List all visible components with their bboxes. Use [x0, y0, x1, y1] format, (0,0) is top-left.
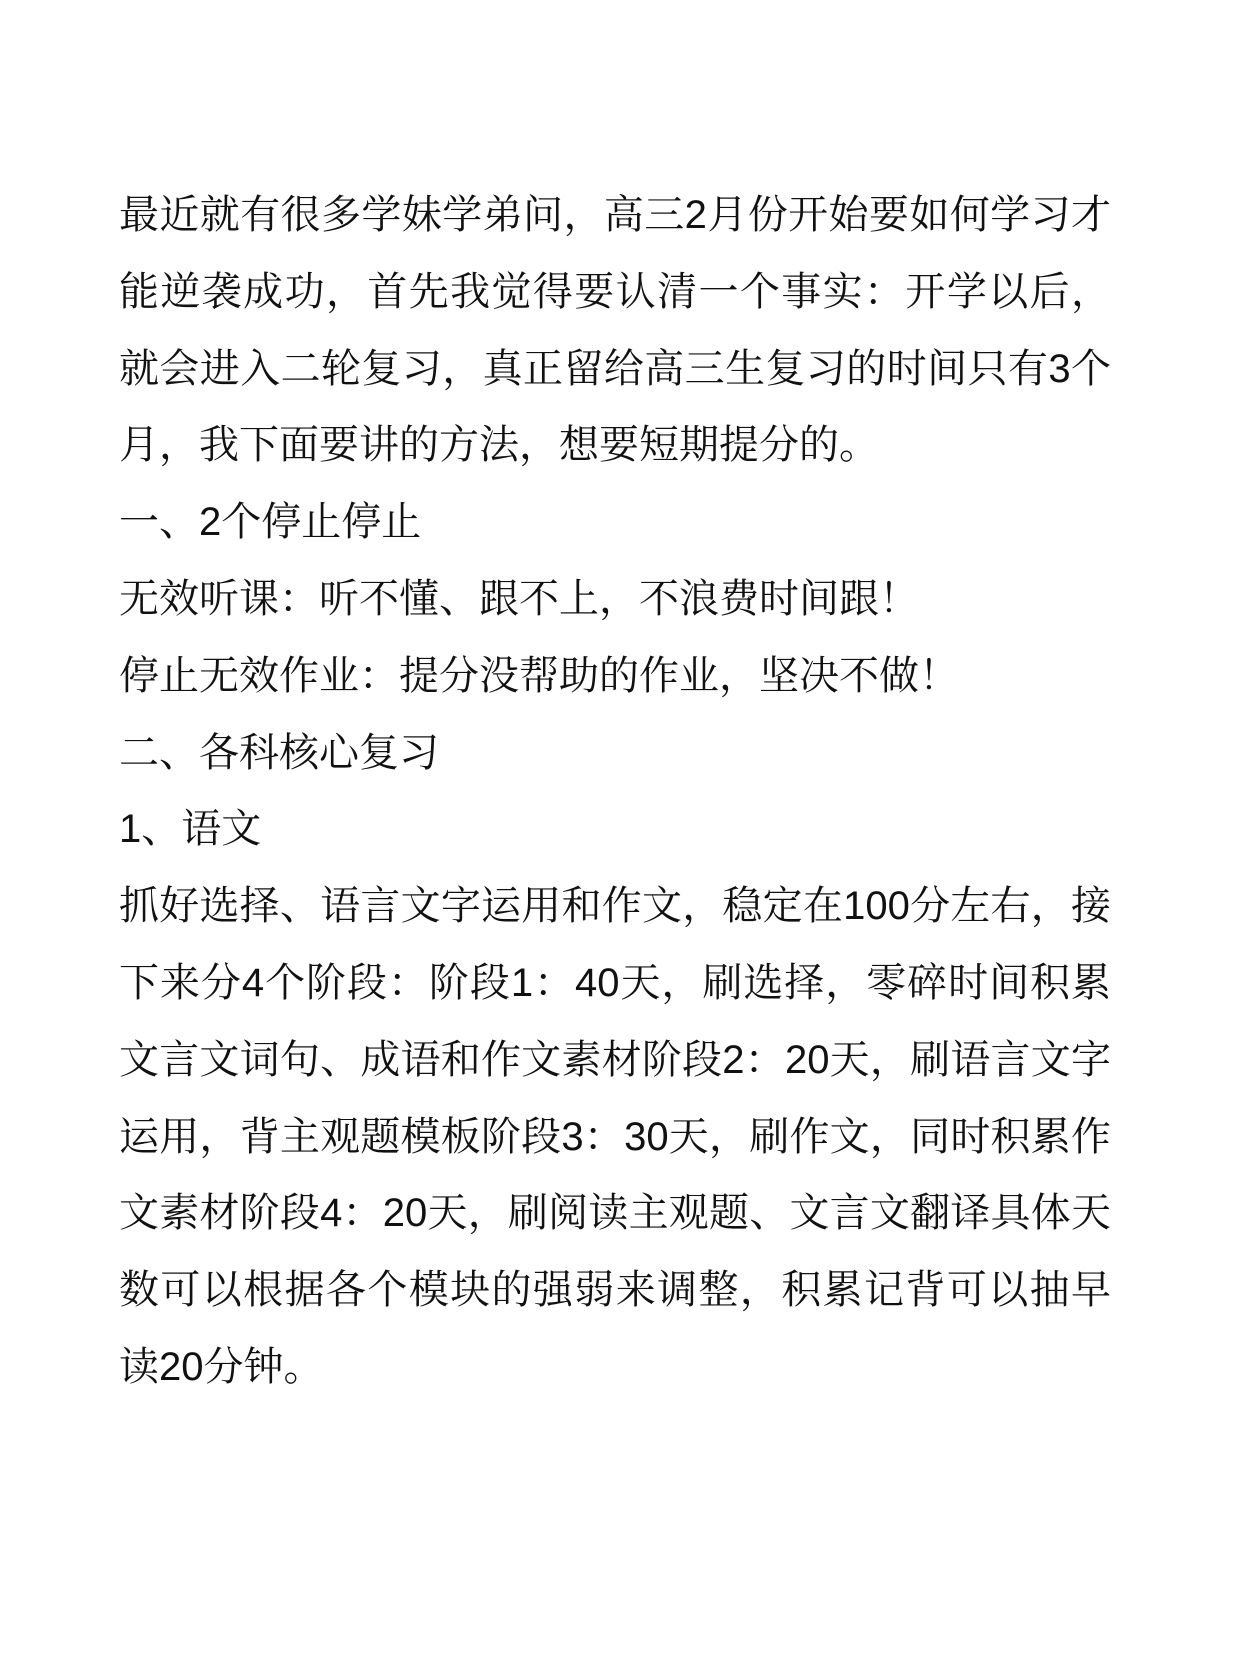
- subject-1-plan-line-7: 读20分钟。: [119, 1329, 1111, 1406]
- intro-line-4: 月，我下面要讲的方法，想要短期提分的。: [119, 407, 1111, 484]
- intro-line-3: 就会进入二轮复习，真正留给高三生复习的时间只有3个: [119, 331, 1111, 408]
- section-1-item-1: 无效听课：听不懂、跟不上，不浪费时间跟！: [119, 561, 1111, 638]
- intro-line-1: 最近就有很多学妹学弟问，高三2月份开始要如何学习才: [119, 177, 1111, 254]
- note-page: 最近就有很多学妹学弟问，高三2月份开始要如何学习才 能逆袭成功，首先我觉得要认清…: [0, 0, 1242, 1656]
- subject-1-plan-line-3: 文言文词句、成语和作文素材阶段2：20天，刷语言文字: [119, 1022, 1111, 1099]
- section-1-item-2: 停止无效作业：提分没帮助的作业，坚决不做！: [119, 638, 1111, 715]
- subject-1-plan-line-4: 运用，背主观题模板阶段3：30天，刷作文，同时积累作: [119, 1099, 1111, 1176]
- subject-1-heading: 1、语文: [119, 791, 1111, 868]
- intro-line-2: 能逆袭成功，首先我觉得要认清一个事实：开学以后，: [119, 254, 1111, 331]
- section-1-heading: 一、2个停止停止: [119, 484, 1111, 561]
- subject-1-plan-line-6: 数可以根据各个模块的强弱来调整，积累记背可以抽早: [119, 1252, 1111, 1329]
- subject-1-plan-line-5: 文素材阶段4：20天，刷阅读主观题、文言文翻译具体天: [119, 1175, 1111, 1252]
- subject-1-plan-line-1: 抓好选择、语言文字运用和作文，稳定在100分左右，接: [119, 868, 1111, 945]
- section-2-heading: 二、各科核心复习: [119, 715, 1111, 792]
- subject-1-plan-line-2: 下来分4个阶段：阶段1：40天，刷选择，零碎时间积累: [119, 945, 1111, 1022]
